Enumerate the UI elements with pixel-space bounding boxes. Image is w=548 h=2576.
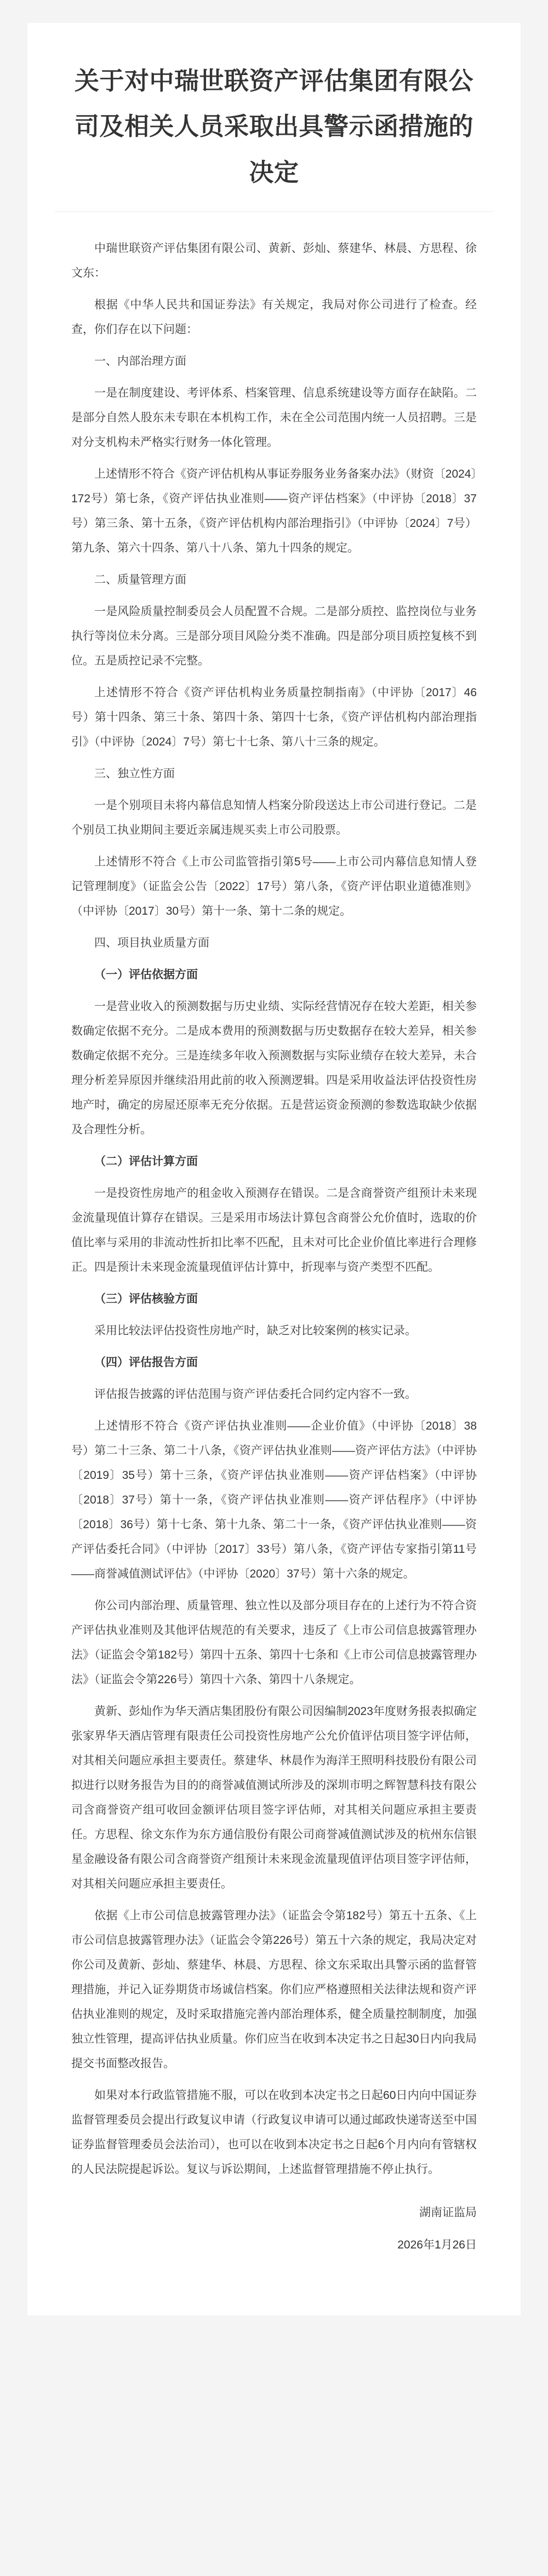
paragraph: 一是在制度建设、考评体系、档案管理、信息系统建设等方面存在缺陷。二是部分自然人股… xyxy=(71,381,477,455)
paragraph: 一是个别项目未将内幕信息知情人档案分阶段送达上市公司进行登记。二是个别员工执业期… xyxy=(71,793,477,842)
paragraph: 上述情形不符合《资产评估机构从事证券服务业务备案办法》（财资〔2024〕172号… xyxy=(71,462,477,560)
subsection-heading: （二）评估计算方面 xyxy=(71,1149,477,1174)
section-heading: 四、项目执业质量方面 xyxy=(71,931,477,955)
issuer-name: 湖南证监局 xyxy=(71,2200,477,2225)
paragraph: 一是投资性房地产的租金收入预测存在错误。二是含商誉资产组预计未来现金流量现值计算… xyxy=(71,1181,477,1280)
paragraph: 上述情形不符合《资产评估机构业务质量控制指南》（中评协〔2017〕46号）第十四… xyxy=(71,680,477,754)
title-divider xyxy=(55,211,493,212)
paragraph: 依据《上市公司信息披露管理办法》（证监会令第182号）第五十五条、《上市公司信息… xyxy=(71,1903,477,2076)
paragraph: 上述情形不符合《上市公司监管指引第5号——上市公司内幕信息知情人登记管理制度》（… xyxy=(71,850,477,923)
paragraph: 你公司内部治理、质量管理、独立性以及部分项目存在的上述行为不符合资产评估执业准则… xyxy=(71,1593,477,1692)
paragraph: 一是营业收入的预测数据与历史业绩、实际经营情况存在较大差距，相关参数确定依据不充… xyxy=(71,994,477,1142)
paragraph: 评估报告披露的评估范围与资产评估委托合同约定内容不一致。 xyxy=(71,1382,477,1407)
page: { "page": { "background_color": "#f4f4f5… xyxy=(0,23,548,2315)
paragraph: 如果对本行政监管措施不服，可以在收到本决定书之日起60日内向中国证券监督管理委员… xyxy=(71,2083,477,2182)
signature-block: 湖南证监局 2026年1月26日 xyxy=(71,2200,477,2257)
section-heading: 三、独立性方面 xyxy=(71,761,477,786)
document-card: 关于对中瑞世联资产评估集团有限公司及相关人员采取出具警示函措施的决定 中瑞世联资… xyxy=(27,23,521,2315)
subsection-heading: （四）评估报告方面 xyxy=(71,1350,477,1375)
document-title: 关于对中瑞世联资产评估集团有限公司及相关人员采取出具警示函措施的决定 xyxy=(71,58,477,195)
section-heading: 一、内部治理方面 xyxy=(71,349,477,374)
subsection-heading: （三）评估核验方面 xyxy=(71,1287,477,1311)
paragraph: 采用比较法评估投资性房地产时，缺乏对比较案例的核实记录。 xyxy=(71,1318,477,1343)
paragraph: 中瑞世联资产评估集团有限公司、黄新、彭灿、蔡建华、林晨、方思程、徐文东： xyxy=(71,236,477,285)
paragraph: 上述情形不符合《资产评估执业准则——企业价值》（中评协〔2018〕38号）第二十… xyxy=(71,1414,477,1586)
subsection-heading: （一）评估依据方面 xyxy=(71,962,477,987)
section-heading: 二、质量管理方面 xyxy=(71,567,477,592)
paragraph: 黄新、彭灿作为华天酒店集团股份有限公司因编制2023年度财务报表拟确定张家界华天… xyxy=(71,1699,477,1896)
document-body: 中瑞世联资产评估集团有限公司、黄新、彭灿、蔡建华、林晨、方思程、徐文东：根据《中… xyxy=(71,236,477,2182)
paragraph: 根据《中华人民共和国证券法》有关规定，我局对你公司进行了检查。经查，你们存在以下… xyxy=(71,292,477,342)
paragraph: 一是风险质量控制委员会人员配置不合规。二是部分质控、监控岗位与业务执行等岗位未分… xyxy=(71,599,477,673)
issue-date: 2026年1月26日 xyxy=(71,2233,477,2257)
